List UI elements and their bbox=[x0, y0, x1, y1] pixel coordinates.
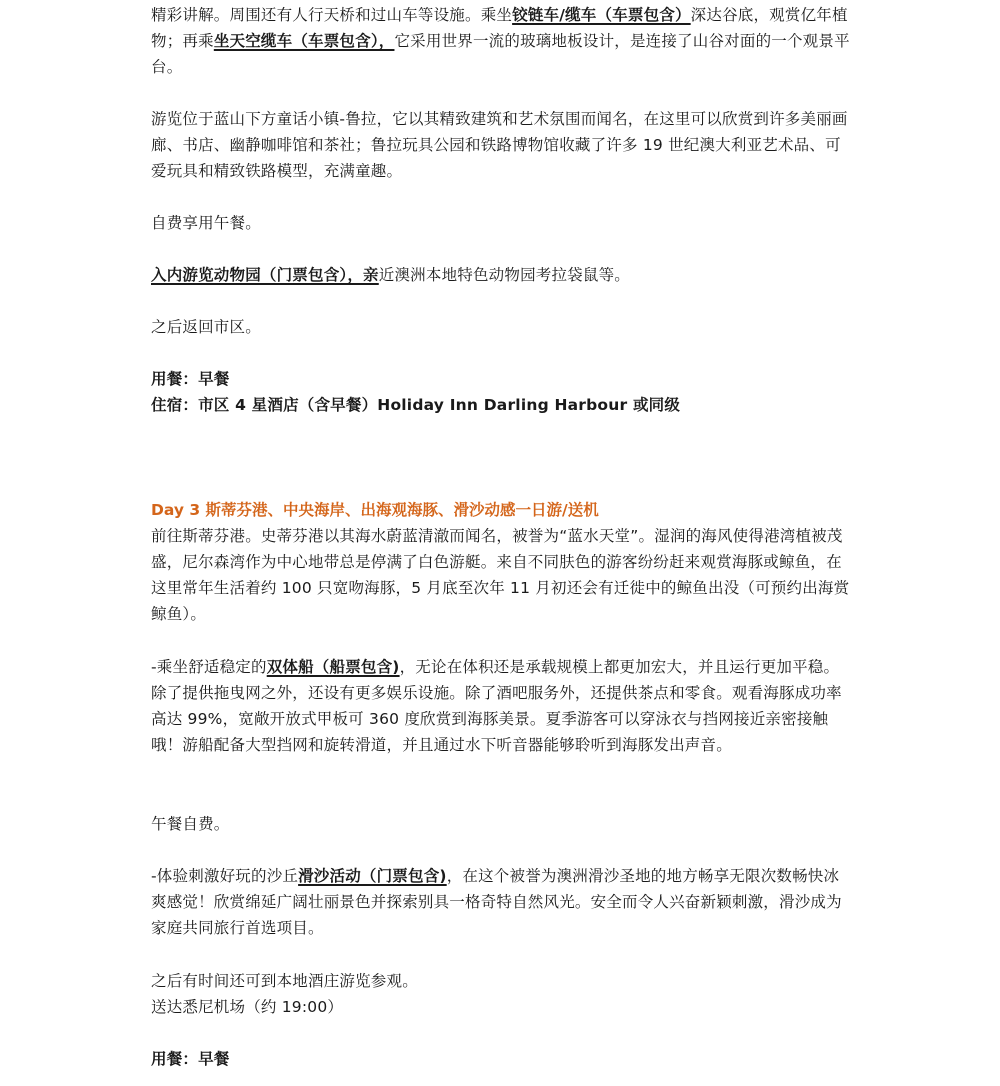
day3-meals: 用餐：早餐 bbox=[151, 1046, 851, 1072]
return-text: 之后返回市区。 bbox=[151, 314, 851, 340]
day3-catamaran: -乘坐舒适稳定的双体船（船票包含)，无论在体积还是承载规模上都更加宏大，并且运行… bbox=[151, 654, 851, 758]
day2-paragraph-cable-cars: 精彩讲解。周围还有人行天桥和过山车等设施。乘坐铰链车/缆车（车票包含）深达谷底，… bbox=[151, 2, 851, 80]
hotel-text: 住宿：市区 4 星酒店（含早餐）Holiday Inn Darling Harb… bbox=[151, 392, 851, 418]
day3-winery-airport: 之后有时间还可到本地酒庄游览参观。 送达悉尼机场（约 19:00） bbox=[151, 968, 851, 1020]
day3-port-stephens: 前往斯蒂芬港。史蒂芬港以其海水蔚蓝清澈而闻名，被誉为“蓝水天堂”。湿润的海风使得… bbox=[151, 523, 851, 627]
link-sandboarding[interactable]: 滑沙活动（门票包含) bbox=[298, 867, 447, 885]
link-hinged-cable-car[interactable]: 铰链车/缆车（车票包含） bbox=[512, 6, 691, 24]
text: 近澳洲本地特色动物园考拉袋鼠等。 bbox=[379, 266, 630, 284]
day2-zoo: 入内游览动物园（门票包含），亲近澳洲本地特色动物园考拉袋鼠等。 bbox=[151, 262, 851, 288]
meals-text: 用餐：早餐 bbox=[151, 1046, 851, 1072]
winery-text: 之后有时间还可到本地酒庄游览参观。 bbox=[151, 968, 851, 994]
text: 精彩讲解。周围还有人行天桥和过山车等设施。乘坐 bbox=[151, 6, 512, 24]
day3-heading: Day 3 斯蒂芬港、中央海岸、出海观海豚、滑沙动感一日游/送机 bbox=[151, 497, 851, 523]
text: -乘坐舒适稳定的 bbox=[151, 658, 267, 676]
day3-sandboarding: -体验刺激好玩的沙丘滑沙活动（门票包含)，在这个被誉为澳洲滑沙圣地的地方畅享无限… bbox=[151, 863, 851, 941]
link-zoo[interactable]: 入内游览动物园（门票包含），亲 bbox=[151, 266, 379, 284]
day2-paragraph-leura: 游览位于蓝山下方童话小镇-鲁拉，它以其精致建筑和艺术氛围而闻名，在这里可以欣赏到… bbox=[151, 106, 851, 184]
day2-lunch: 自费享用午餐。 bbox=[151, 210, 851, 236]
meals-text: 用餐：早餐 bbox=[151, 366, 851, 392]
lunch-text: 自费享用午餐。 bbox=[151, 210, 851, 236]
airport-text: 送达悉尼机场（约 19:00） bbox=[151, 994, 851, 1020]
day3-lunch: 午餐自费。 bbox=[151, 811, 851, 837]
day2-return: 之后返回市区。 bbox=[151, 314, 851, 340]
link-skyway[interactable]: 坐天空缆车（车票包含）， bbox=[214, 32, 395, 50]
day3-section: Day 3 斯蒂芬港、中央海岸、出海观海豚、滑沙动感一日游/送机 前往斯蒂芬港。… bbox=[151, 497, 851, 627]
link-catamaran[interactable]: 双体船（船票包含) bbox=[267, 658, 400, 676]
text: -体验刺激好玩的沙丘 bbox=[151, 867, 298, 885]
day2-meals-hotel: 用餐：早餐 住宿：市区 4 星酒店（含早餐）Holiday Inn Darlin… bbox=[151, 366, 851, 418]
lunch-text: 午餐自费。 bbox=[151, 811, 851, 837]
paragraph-leura: 游览位于蓝山下方童话小镇-鲁拉，它以其精致建筑和艺术氛围而闻名，在这里可以欣赏到… bbox=[151, 106, 851, 184]
